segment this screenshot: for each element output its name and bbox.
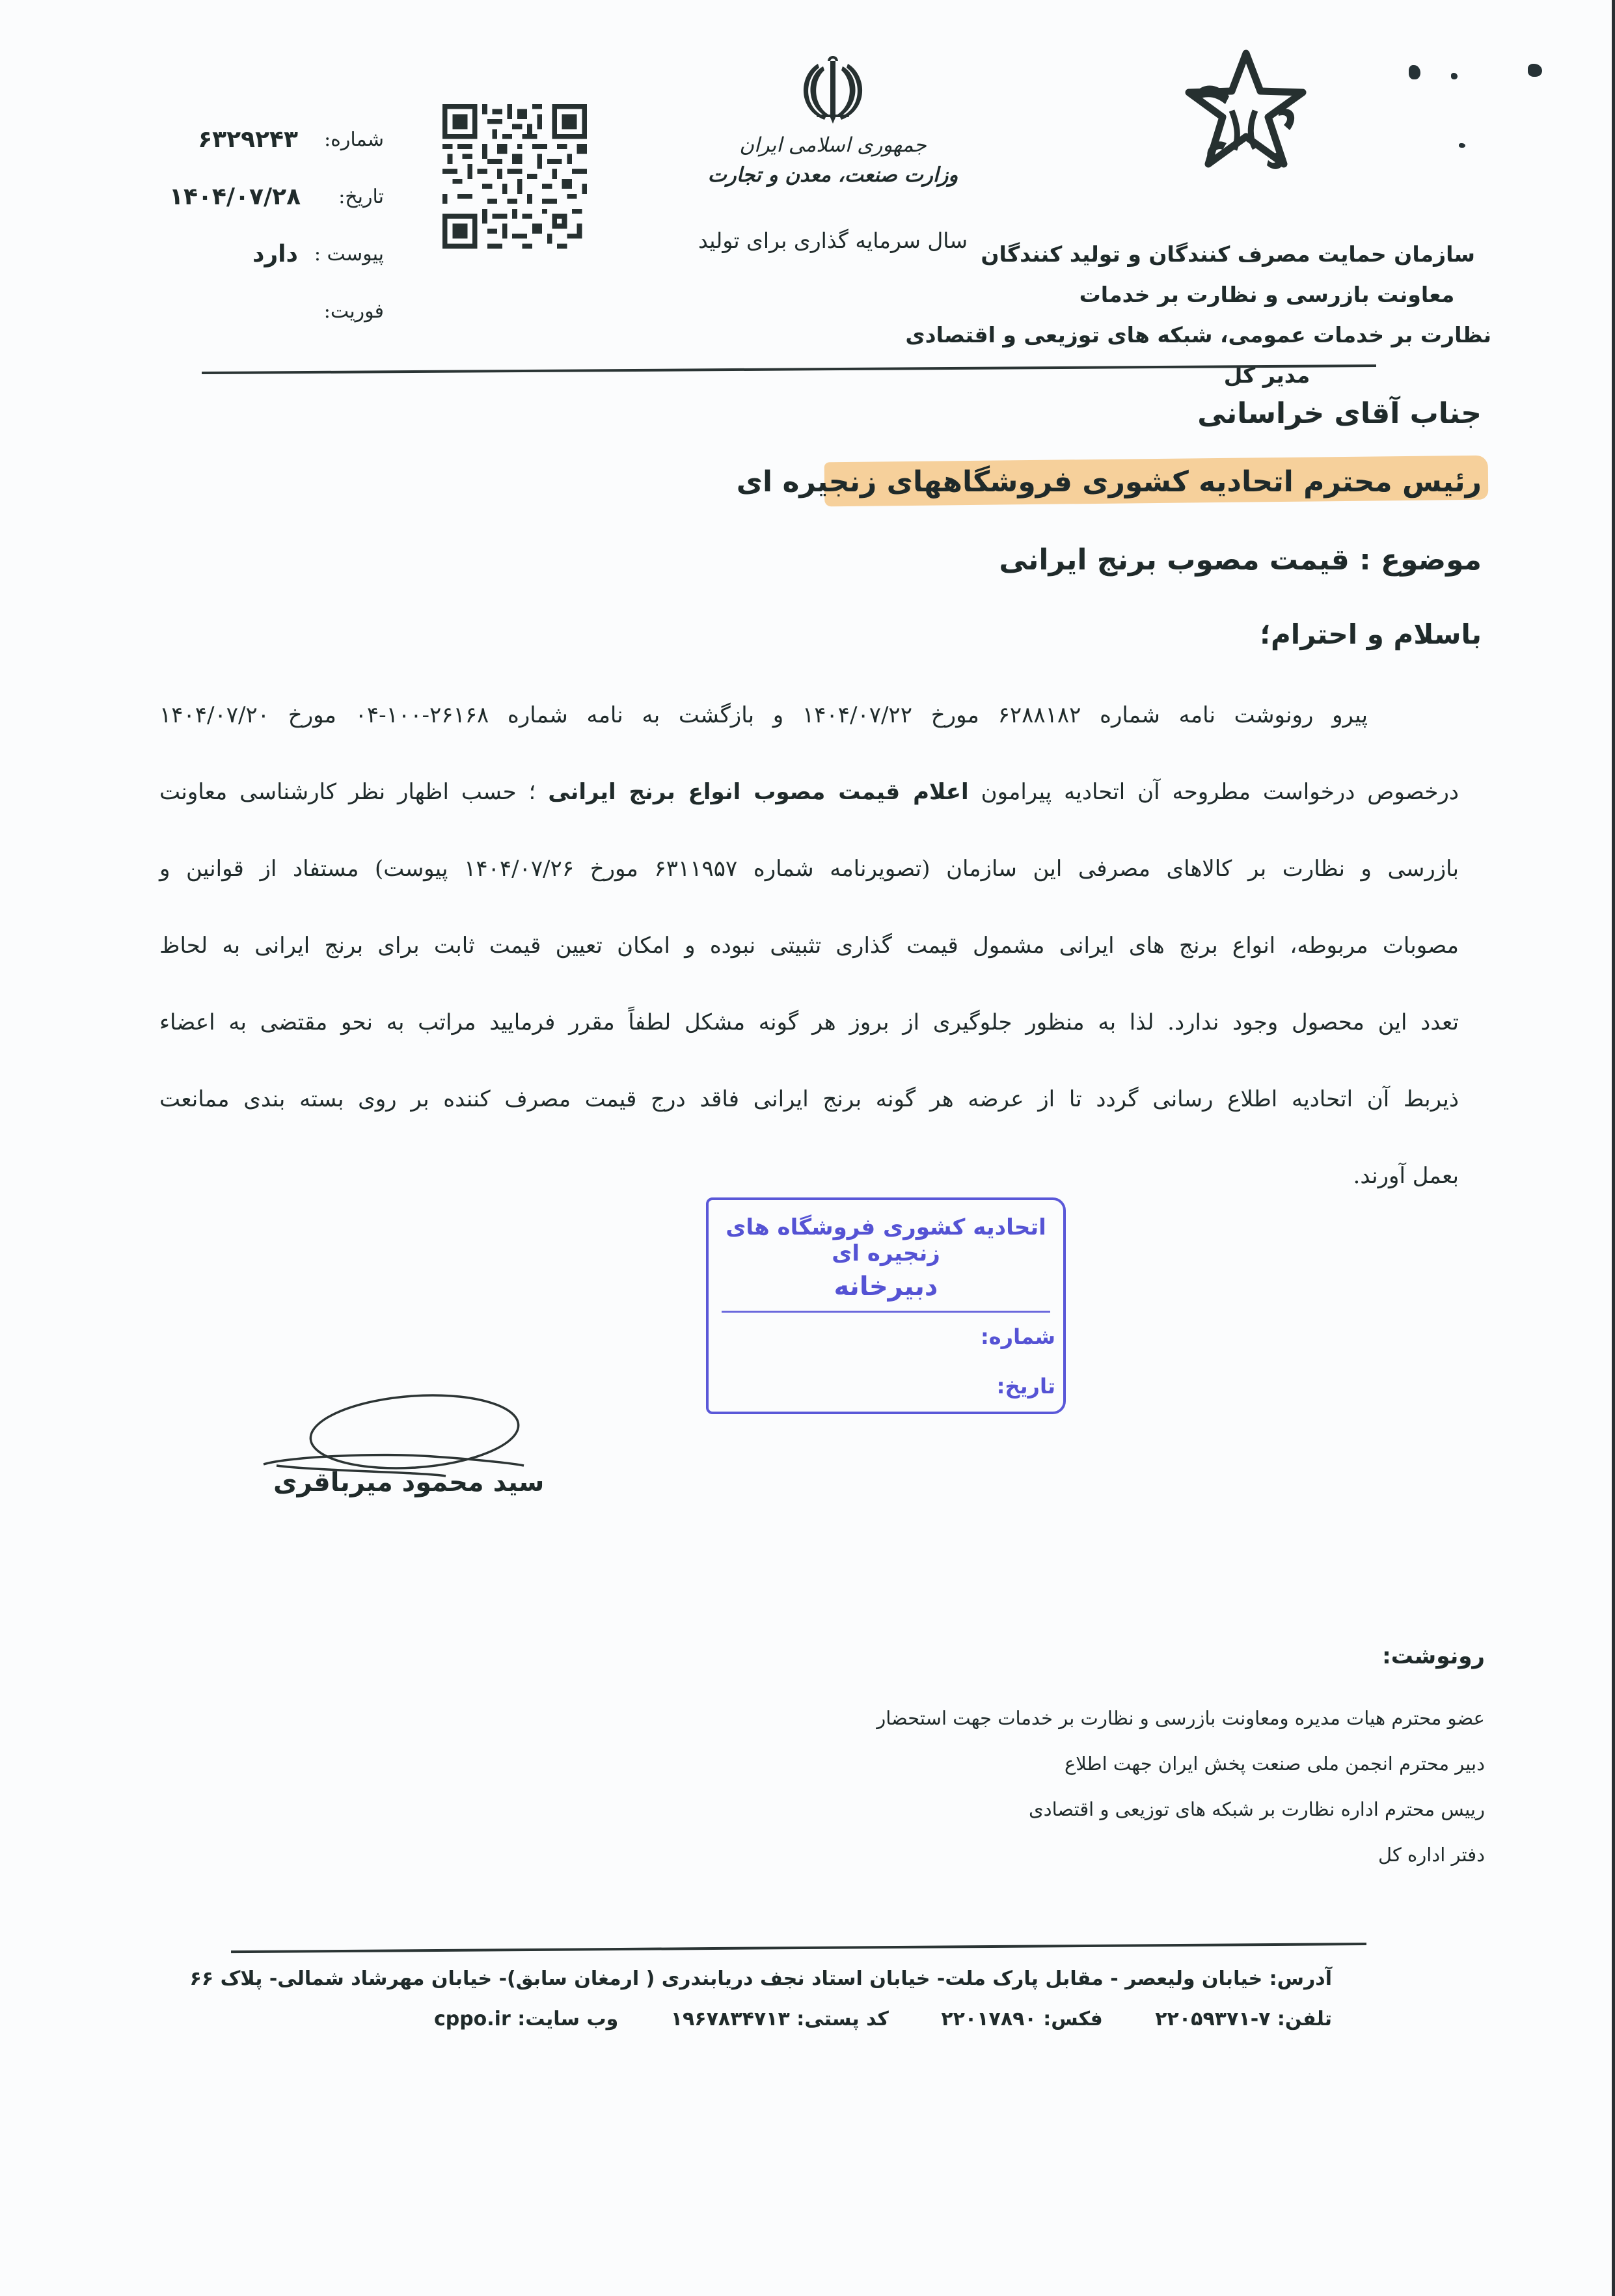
- number-label: شماره:: [312, 128, 384, 151]
- footer-postal-code: کد پستی: ۱۹۶۷۸۳۴۷۱۳: [671, 2008, 889, 2030]
- body-line: ذیربط آن اتحادیه اطلاع رسانی گردد تا از …: [159, 1061, 1459, 1138]
- org-department: نظارت بر خدمات عمومی، شبکه های توزیعی و …: [997, 315, 1491, 355]
- year-slogan: سال سرمایه گذاری برای تولید: [670, 228, 996, 253]
- scan-edge: [1612, 0, 1615, 2296]
- org-role: مدیر کل: [997, 355, 1537, 396]
- addressee-title: رئیس محترم اتحادیه کشوری فروشگاههای زنجی…: [737, 465, 1482, 499]
- letter-body: پیرو رونوشت نامه شماره ۶۲۸۸۱۸۲ مورخ ۱۴۰۴…: [159, 677, 1459, 1214]
- secretariat-stamp: اتحادیه کشوری فروشگاه های زنجیره ای دبیر…: [706, 1197, 1066, 1414]
- body-line: پیرو رونوشت نامه شماره ۶۲۸۸۱۸۲ مورخ ۱۴۰۴…: [159, 677, 1459, 754]
- meta-attachment-row: پیوست : دارد: [169, 225, 384, 282]
- organization-header: سازمان حمایت مصرف کنندگان و تولید کنندگا…: [997, 46, 1491, 396]
- cc-item: دفتر اداره کل: [876, 1832, 1485, 1878]
- body-line: مصوبات مربوطه، انواع برنج های ایرانی مشم…: [159, 907, 1459, 984]
- footer-website[interactable]: وب سایت: cppo.ir: [434, 2008, 618, 2030]
- cc-item: رییس محترم اداره نظارت بر شبکه های توزیع…: [876, 1786, 1485, 1832]
- letter-meta: شماره: ۶۳۲۹۲۴۳ تاریخ: ۱۴۰۴/۰۷/۲۸ پیوست :…: [169, 111, 384, 340]
- cc-title: رونوشت:: [876, 1643, 1485, 1695]
- stamp-number-label: شماره:: [709, 1324, 1055, 1349]
- org-name: سازمان حمایت مصرف کنندگان و تولید کنندگا…: [997, 234, 1475, 275]
- footer-divider: [231, 1943, 1366, 1953]
- letter-subject: موضوع : قیمت مصوب برنج ایرانی: [999, 543, 1482, 577]
- ministry-name: وزارت صنعت، معدن و تجارت: [670, 160, 996, 190]
- number-value: ۶۳۲۹۲۴۳: [198, 126, 298, 153]
- cppo-star-logo-icon: [1169, 46, 1319, 185]
- body-line-pre: درخصوص درخواست مطروحه آن اتحادیه پیرامون: [969, 779, 1459, 805]
- cc-item: عضو محترم هیات مدیره ومعاونت بازرسی و نظ…: [876, 1695, 1485, 1741]
- stamp-date-label: تاریخ:: [709, 1374, 1055, 1399]
- meta-urgency-row: فوریت:: [169, 282, 384, 340]
- letter-greeting: باسلام و احترام؛: [1260, 618, 1482, 650]
- attachment-value: دارد: [252, 241, 298, 267]
- qr-code-icon: [442, 104, 587, 249]
- punch-hole: [1528, 64, 1542, 77]
- meta-date-row: تاریخ: ۱۴۰۴/۰۷/۲۸: [169, 168, 384, 225]
- government-header: جمهوری اسلامی ایران وزارت صنعت، معدن و ت…: [670, 52, 996, 253]
- cc-list: رونوشت: عضو محترم هیات مدیره ومعاونت باز…: [876, 1643, 1485, 1878]
- footer-fax: فکس: ۲۲۰۱۷۸۹۰: [941, 2008, 1102, 2030]
- letter-footer: آدرس: خیابان ولیعصر - مقابل پارک ملت- خی…: [190, 1959, 1332, 2040]
- date-value: ۱۴۰۴/۰۷/۲۸: [169, 184, 301, 210]
- body-line: درخصوص درخواست مطروحه آن اتحادیه پیرامون…: [159, 754, 1459, 830]
- stamp-subtitle: دبیرخانه: [709, 1272, 1063, 1302]
- body-line: تعدد این محصول وجود ندارد. لذا به منظور …: [159, 984, 1459, 1061]
- iran-emblem-icon: [797, 52, 869, 130]
- urgency-label: فوریت:: [312, 300, 384, 323]
- meta-number-row: شماره: ۶۳۲۹۲۴۳: [169, 111, 384, 168]
- org-deputy: معاونت بازرسی و نظارت بر خدمات: [997, 275, 1537, 315]
- footer-address: آدرس: خیابان ولیعصر - مقابل پارک ملت- خی…: [190, 1959, 1332, 1999]
- footer-phone: تلفن: ۷-۲۲۰۵۹۳۷۱: [1155, 2008, 1332, 2030]
- government-name: جمهوری اسلامی ایران: [670, 130, 996, 160]
- stamp-divider: [722, 1311, 1050, 1313]
- addressee-salutation: جناب آقای خراسانی: [1197, 397, 1482, 430]
- body-line: بازرسی و نظارت بر کالاهای مصرفی این سازم…: [159, 830, 1459, 907]
- body-line-post: ؛ حسب اظهار نظر کارشناسی معاونت: [159, 779, 548, 805]
- body-line-bold: اعلام قیمت مصوب انواع برنج ایرانی: [548, 779, 968, 805]
- date-label: تاریخ:: [315, 185, 384, 208]
- signer-name: سید محمود میرباقری: [273, 1468, 544, 1497]
- footer-contacts: تلفن: ۷-۲۲۰۵۹۳۷۱ فکس: ۲۲۰۱۷۸۹۰ کد پستی: …: [190, 1999, 1332, 2040]
- attachment-label: پیوست :: [312, 243, 384, 266]
- stamp-title: اتحادیه کشوری فروشگاه های زنجیره ای: [709, 1214, 1063, 1266]
- cc-item: دبیر محترم انجمن ملی صنعت پخش ایران جهت …: [876, 1741, 1485, 1786]
